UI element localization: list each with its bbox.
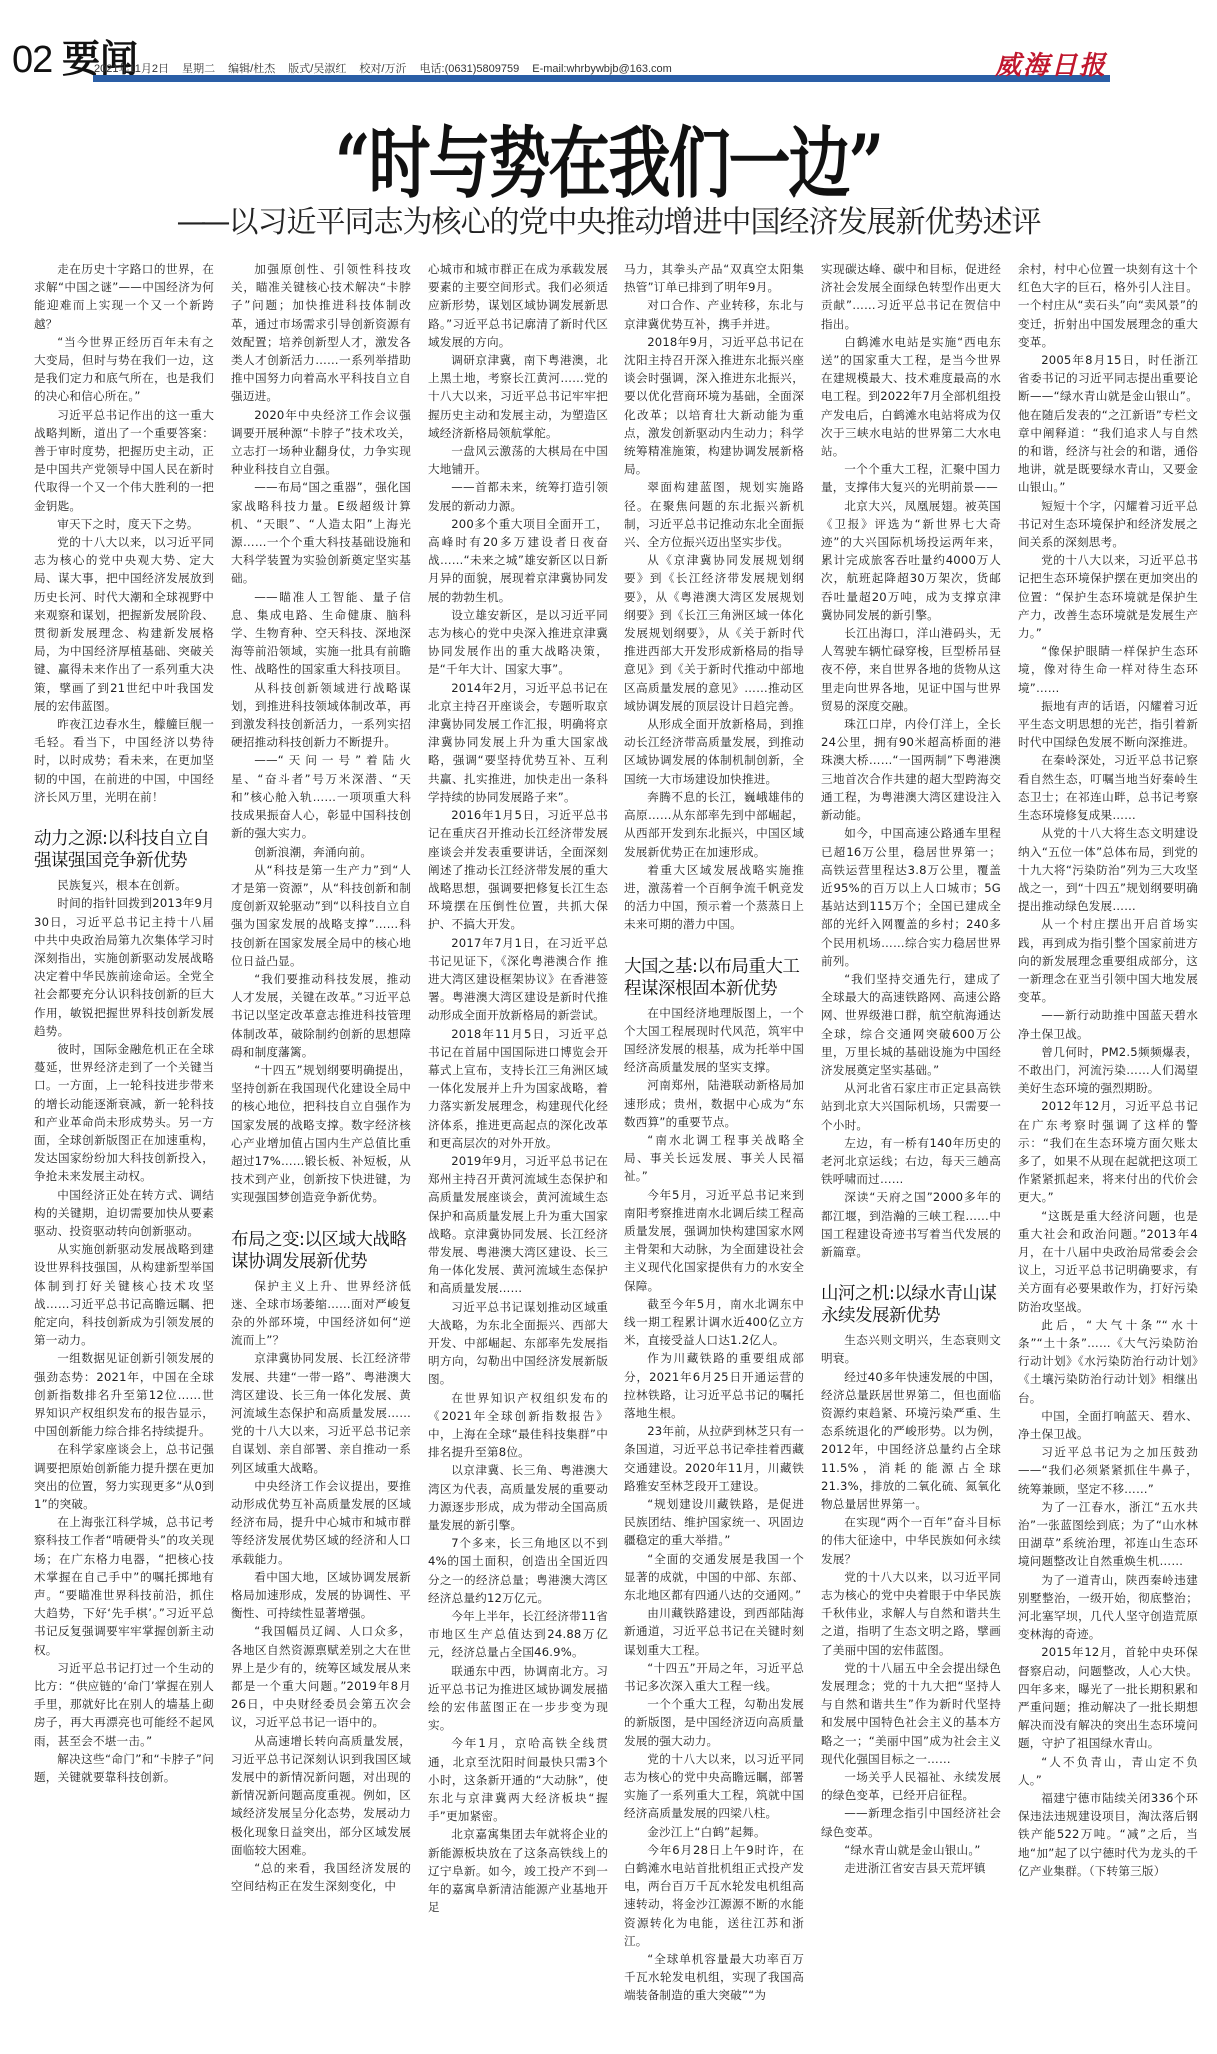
paragraph: 长江出海口，洋山港码头，无人驾驶车辆忙碌穿梭，巨型桥吊昼夜不停，来自世界各地的货… [821, 624, 1001, 715]
paragraph: “南水北调工程事关战略全局、事关长远发展、事关人民福祉。” [624, 1131, 804, 1186]
paragraph: 习近平总书记作出的这一重大战略判断，道出了一个重要答案：善于审时度势，把握历史主… [34, 406, 214, 515]
issue-weekday: 星期二 [182, 63, 215, 75]
paragraph: 设立雄安新区，是以习近平同志为核心的党中央深入推进京津冀协同发展作出的重大战略决… [428, 606, 608, 679]
section-heading-1: 动力之源:以科技自立自强谋强国竞争新优势 [34, 828, 214, 872]
paragraph: 振地有声的话语，闪耀着习近平生态文明思想的光芒，指引着新时代中国绿色发展不断向深… [1018, 697, 1198, 752]
paragraph: ——“天问一号”着陆火星、“奋斗者”号万米深潜、“天和”核心舱入轨……一项项重大… [231, 751, 411, 842]
paragraph: ——瞄准人工智能、量子信息、集成电路、生命健康、脑科学、生物育种、空天科技、深地… [231, 588, 411, 679]
paragraph: 党的十八大以来，以习近平同志为核心的党中央着眼于中华民族千秋伟业，求解人与自然和… [821, 1568, 1001, 1659]
paragraph: 在科学家座谈会上，总书记强调要把原始创新能力提升摆在更加突出的位置，努力实现更多… [34, 1440, 214, 1513]
paragraph: 翠面构建蓝图，规划实施路径。在聚焦问题的东北振兴新机制，习近平总书记推动东北全面… [624, 478, 804, 551]
paragraph: 今年上半年，长江经济带11省市地区生产总值达到24.88万亿元，经济总量占全国4… [428, 1607, 608, 1662]
paragraph: 深读“天府之国”2000多年的都江堰，到浩瀚的三峡工程……中国工程建设奇迹书写着… [821, 1188, 1001, 1261]
paragraph: “全球单机容量最大功率百万千瓦水轮发电机组，实现了我国高端装备制造的重大突破”“… [624, 1950, 804, 2005]
paragraph: ——新行动助推中国蓝天碧水净土保卫战。 [1018, 1006, 1198, 1042]
contact-email[interactable]: E-mail:whrbywbjb@163.com [532, 63, 672, 75]
paragraph: 河南郑州，陆港联动新格局加速形成；贵州，数据中心成为“东数西算”的重要节点。 [624, 1076, 804, 1131]
paragraph: 走进浙江省安吉县天荒坪镇 [821, 1859, 1001, 1877]
continued-paragraph: 福建宁德市陆续关闭336个环保违法违规建设项目，淘汰落后钢铁产能522万吨。“减… [1018, 1789, 1198, 1880]
paragraph: 看中国大地，区域协调发展新格局加速形成，发展的协调性、平衡性、可持续性显著增强。 [231, 1568, 411, 1623]
paragraph: “全面的交通发展是我国一个显著的成就，中国的中部、东部、东北地区都有四通八达的交… [624, 1550, 804, 1605]
paragraph: 京津冀协同发展、长江经济带发展、共建“一带一路”、粤港澳大湾区建设、长三角一体化… [231, 1349, 411, 1476]
paragraph: “总的来看，我国经济发展的空间结构正在发生深刻变化，中 [231, 1859, 411, 1895]
paragraph: ——首都未来，统筹打造引领发展的新动力源。 [428, 478, 608, 514]
paragraph: 如今，中国高速公路通车里程已超16万公里，稳居世界第一；高铁运营里程达3.8万公… [821, 824, 1001, 970]
paragraph: 中央经济工作会议提出，要推动形成优势互补高质量发展的区域经济布局，提升中心城市和… [231, 1477, 411, 1568]
paragraph: 作为川藏铁路的重要组成部分，2021年6月25日开通运营的拉林铁路，让习近平总书… [624, 1349, 804, 1422]
paragraph: 中国经济正处在转方式、调结构的关键期，迫切需要加快从要素驱动、投资驱动转向创新驱… [34, 1186, 214, 1241]
subhead-dash: —— [177, 205, 225, 240]
paragraph: 从高速增长转向高质量发展，习近平总书记深刻认识到我国区域发展中的新情况新问题，对… [231, 1732, 411, 1859]
paragraph: 党的十八大以来，以习近平同志为核心的党中央高瞻远瞩，部署实施了一系列重大工程，筑… [624, 1750, 804, 1823]
paragraph: 习近平总书记打过一个生动的比方：“供应链的‘命门’掌握在别人手里，那就好比在别人… [34, 1659, 214, 1750]
paragraph: “规划建设川藏铁路，是促进民族团结、维护国家统一、巩固边疆稳定的重大举措。” [624, 1495, 804, 1550]
paragraph: 此后，“大气十条”“水十条”“土十条”……《大气污染防治行动计划》《水污染防治行… [1018, 1316, 1198, 1407]
paragraph: 在秦岭深处，习近平总书记察看自然生态，叮嘱当地当好秦岭生态卫士；在祁连山畔，总书… [1018, 751, 1198, 824]
paragraph: 为了一道青山，陕西秦岭违建别墅整治，一级开始，彻底整治；河北塞罕坝，几代人坚守创… [1018, 1571, 1198, 1644]
paragraph: 走在历史十字路口的世界，在求解“中国之谜”——中国经济为何能迎难而上实现一个又一… [34, 260, 214, 333]
paragraph: 从《京津冀协同发展规划纲要》到《长江经济带发展规划纲要》，从《粤港澳大湾区发展规… [624, 551, 804, 715]
paragraph: “绿水青山就是金山银山。” [821, 1841, 1001, 1859]
paragraph: 200多个重大项目全面开工，高峰时有20多万建设者日夜奋战……“未来之城”雄安新… [428, 515, 608, 606]
proofreader-credit: 校对/万沂 [359, 63, 406, 75]
paragraph: 心城市和城市群正在成为承载发展要素的主要空间形式。我们必须适应新形势，谋划区域协… [428, 260, 608, 351]
paragraph: 中国，全面打响蓝天、碧水、净土保卫战。 [1018, 1407, 1198, 1443]
paragraph: 昨夜江边春水生，艨艟巨舰一毛轻。看当下，中国经济以势待时，以时成势；看未来，在更… [34, 715, 214, 806]
paragraph: 左边，有一桥有140年历史的老河北京运线；右边，每天三趟高铁呼啸而过…… [821, 1134, 1001, 1189]
paragraph: 短短十个字，闪耀着习近平总书记对生态环境保护和经济发展之间关系的深刻思考。 [1018, 497, 1198, 552]
paragraph: 调研京津冀，南下粤港澳，北上黑土地，考察长江黄河……党的十八大以来，习近平总书记… [428, 351, 608, 442]
paragraph: 马力，其拳头产品“双真空太阳集热管”订单已排到了明年9月。 [624, 260, 804, 296]
column-1: 走在历史十字路口的世界，在求解“中国之谜”——中国经济为何能迎难而上实现一个又一… [34, 260, 214, 2050]
paragraph: 2020年中央经济工作会议强调要开展种源“卡脖子”技术攻关，立志打一场种业翻身仗… [231, 406, 411, 479]
paragraph: 从科技创新领域进行战略谋划，到推进科技领域体制改革，再到激发科技创新活力，一系列… [231, 679, 411, 752]
paragraph: “十四五”开局之年，习近平总书记多次深入重大工程一线。 [624, 1659, 804, 1695]
section-heading-3: 大国之基:以布局重大工程谋深根固本新优势 [624, 956, 804, 1000]
page-number: 02 [12, 40, 52, 80]
section-heading-2: 布局之变:以区域大战略谋协调发展新优势 [231, 1229, 411, 1273]
masthead: 02 要闻 2021年11月2日 星期二 编辑/杜杰 版式/吴淑红 校对/万沂 … [0, 0, 1217, 80]
paragraph: 余村，村中心位置一块刻有这十个红色大字的巨石，格外引人注目。一个村庄从“卖石头”… [1018, 260, 1198, 351]
paragraph: 党的十八大以来，以习近平同志为核心的党中央观大势、定大局、谋大事，把中国经济发展… [34, 533, 214, 715]
paragraph: 民族复兴，根本在创新。 [34, 876, 214, 894]
paragraph: “这既是重大经济问题，也是重大社会和政治问题。”2013年4月，在十八届中央政治… [1018, 1207, 1198, 1316]
paragraph: 从河北省石家庄市正定县高铁站到北京大兴国际机场，只需要一个小时。 [821, 1079, 1001, 1134]
paragraph: 在世界知识产权组织发布的《2021年全球创新指数报告》中，上海在全球“最佳科技集… [428, 1389, 608, 1462]
subhead-text: 以习近平同志为核心的党中央推动增进中国经济发展新优势述评 [229, 205, 1041, 240]
paragraph: 从一个村庄摆出开启首场实践，再到成为指引整个国家前进方向的新发展理念重要组成部分… [1018, 915, 1198, 1006]
column-5: 实现碳达峰、碳中和目标，促进经济社会发展全面绿色转型作出更大贡献”……习近平总书… [821, 260, 1001, 2050]
paragraph: 2015年12月，首轮中央环保督察启动，问题整改，人心大快。四年多来，曝光了一批… [1018, 1643, 1198, 1752]
paragraph: 经过40多年快速发展的中国，经济总量跃居世界第二，但也面临资源约束趋紧、环境污染… [821, 1368, 1001, 1514]
paragraph: 金沙江上“白鹤”起舞。 [624, 1823, 804, 1841]
paragraph: 2012年12月，习近平总书记在广东考察时强调了这样的警示：“我们在生态环境方面… [1018, 1097, 1198, 1206]
paragraph: 北京嘉寓集团去年就将企业的新能源板块放在了这条高铁线上的辽宁阜新。如今，竣工投产… [428, 1825, 608, 1916]
paragraph: 彼时，国际金融危机正在全球蔓延，世界经济走到了一个关键当口。一方面，上一轮科技进… [34, 1040, 214, 1186]
paragraph: 截至今年5月，南水北调东中线一期工程累计调水近400亿立方米，直接受益人口达1.… [624, 1295, 804, 1350]
paragraph: 审天下之时，度天下之势。 [34, 515, 214, 533]
column-3: 心城市和城市群正在成为承载发展要素的主要空间形式。我们必须适应新形势，谋划区域协… [428, 260, 608, 2050]
column-6: 余村，村中心位置一块刻有这十个红色大字的巨石，格外引人注目。一个村庄从“卖石头”… [1018, 260, 1198, 2050]
paragraph: 党的十八大以来，习近平总书记把生态环境保护摆在更加突出的位置：“保护生态环境就是… [1018, 551, 1198, 642]
paragraph: “我们要推动科技发展，推动人才发展，关键在改革。”习近平总书记以坚定改革意志推进… [231, 970, 411, 1061]
article-headline: “时与势在我们一边” [0, 120, 1217, 208]
paragraph: 2005年8月15日，时任浙江省委书记的习近平同志提出重要论断——“绿水青山就是… [1018, 351, 1198, 497]
paragraph: 解决这些“命门”和“卡脖子”问题，关键就要靠科技创新。 [34, 1750, 214, 1786]
article-body: 走在历史十字路口的世界，在求解“中国之谜”——中国经济为何能迎难而上实现一个又一… [34, 260, 1209, 2050]
paragraph: 北京大兴，凤凰展翅。被英国《卫报》评选为“新世界七大奇迹”的大兴国际机场投运两年… [821, 497, 1001, 624]
paragraph: 今年6月28日上午9时许，在白鹤滩水电站首批机组正式投产发电，两台百万千瓦水轮发… [624, 1841, 804, 1950]
paragraph: 一个个重大工程，汇聚中国力量，支撑伟大复兴的光明前景—— [821, 460, 1001, 496]
paragraph: 白鹤滩水电站是实施“西电东送”的国家重大工程，是当今世界在建规模最大、技术难度最… [821, 333, 1001, 460]
paragraph: “我们坚持交通先行，建成了全球最大的高速铁路网、高速公路网、世界级港口群，航空航… [821, 970, 1001, 1079]
paragraph: 2018年11月5日，习近平总书记在首届中国国际进口博览会开幕式上宣布，支持长江… [428, 1025, 608, 1152]
paragraph: 在实现“两个一百年”奋斗目标的伟大征途中，中华民族如何永续发展？ [821, 1513, 1001, 1568]
paragraph: 保护主义上升、世界经济低迷、全球市场萎缩……面对严峻复杂的外部环境，中国经济如何… [231, 1277, 411, 1350]
paragraph: 为了一江春水，浙江“五水共治”一张蓝图绘到底；为了“山水林田湖草”系统治理，祁连… [1018, 1498, 1198, 1571]
paragraph: 创新浪潮，奔涌向前。 [231, 843, 411, 861]
paragraph: 2018年9月，习近平总书记在沈阳主持召开深入推进东北振兴座谈会时强调，深入推进… [624, 333, 804, 479]
paragraph: 党的十八届五中全会提出绿色发展理念；党的十九大把“坚持人与自然和谐共生”作为新时… [821, 1659, 1001, 1768]
masthead-rule [93, 75, 1110, 82]
paragraph: 从“科技是第一生产力”到“人才是第一资源”，从“科技创新和制度创新双轮驱动”到“… [231, 861, 411, 970]
paragraph: 从形成全面开放新格局，到推动长江经济带高质量发展，到推动区域协调发展的体制机制创… [624, 715, 804, 788]
paragraph: 今年1月，京哈高铁全线贯通，北京至沈阳时间最快只需3个小时，这条新开通的“大动脉… [428, 1734, 608, 1825]
paragraph: 珠江口岸，内伶仃洋上，全长24公里，拥有90米超高桥面的港珠澳大桥……“一国两制… [821, 715, 1001, 824]
paragraph: 联通东中西，协调南北方。习近平总书记为推进区域协调发展描绘的宏伟蓝图正在一步步变… [428, 1662, 608, 1735]
paragraph: 23年前，从拉萨到林芝只有一条国道，习近平总书记牵挂着西藏交通建设。2020年1… [624, 1422, 804, 1495]
paragraph: 一组数据见证创新引领发展的强劲态势：2021年，中国在全球创新指数排名升至第12… [34, 1349, 214, 1440]
paragraph: 一盘风云激荡的大棋局在中国大地铺开。 [428, 442, 608, 478]
issue-date: 2021年11月2日 [94, 63, 169, 75]
column-4: 马力，其拳头产品“双真空太阳集热管”订单已排到了明年9月。 对口合作、产业转移，… [624, 260, 804, 2050]
contact-phone: 电话:(0631)5809759 [420, 63, 520, 75]
paragraph: ——布局“国之重器”，强化国家战略科技力量。E级超级计算机、“天眼”、“人造太阳… [231, 478, 411, 587]
paragraph: 从实施创新驱动发展战略到建设世界科技强国，从构建新型举国体制到打好关键核心技术攻… [34, 1240, 214, 1349]
paragraph: “像保护眼睛一样保护生态环境，像对待生命一样对待生态环境”…… [1018, 642, 1198, 697]
section-heading-4: 山河之机:以绿水青山谋永续发展新优势 [821, 1283, 1001, 1327]
editor-credit: 编辑/杜杰 [228, 63, 275, 75]
paragraph: “人不负青山，青山定不负人。” [1018, 1753, 1198, 1789]
paragraph: 曾几何时，PM2.5频频爆表，不敢出门，河流污染……人们渴望美好生态环境的强烈期… [1018, 1043, 1198, 1098]
paragraph: 着重大区域发展战略实施推进，激荡着一个百舸争流千帆竞发的活力中国，预示着一个蒸蒸… [624, 861, 804, 934]
paragraph: 奔腾不息的长江，巍峨雄伟的高原……从东部率先到中部崛起，从西部开发到东北振兴，中… [624, 788, 804, 861]
paragraph: 一场关乎人民福祉、永续发展的绿色变革，已经开启征程。 [821, 1768, 1001, 1804]
paragraph: 今年5月，习近平总书记来到南阳考察推进南水北调后续工程高质量发展，强调加快构建国… [624, 1186, 804, 1295]
paragraph: 2014年2月，习近平总书记在北京主持召开座谈会，专题听取京津冀协同发展工作汇报… [428, 679, 608, 806]
paragraph: 生态兴则文明兴，生态衰则文明衰。 [821, 1331, 1001, 1367]
paragraph: 时间的指针回拨到2013年9月30日，习近平总书记主持十八届中共中央政治局第九次… [34, 894, 214, 1040]
paragraph: 加强原创性、引领性科技攻关，瞄准关键核心技术解决“卡脖子”问题；加快推进科技体制… [231, 260, 411, 406]
masthead-meta: 2021年11月2日 星期二 编辑/杜杰 版式/吴淑红 校对/万沂 电话:(06… [94, 60, 682, 76]
paragraph: 2017年7月1日，在习近平总书记见证下，《深化粤港澳合作 推进大湾区建设框架协… [428, 934, 608, 1025]
paragraph: 2019年9月，习近平总书记在郑州主持召开黄河流域生态保护和高质量发展座谈会，黄… [428, 1152, 608, 1298]
paragraph: “我国幅员辽阔、人口众多，各地区自然资源禀赋差别之大在世界上是少有的，统筹区域发… [231, 1622, 411, 1731]
paragraph: 一个个重大工程，勾勒出发展的新版图，是中国经济迈向高质量发展的强大动力。 [624, 1695, 804, 1750]
paragraph: 在中国经济地理版图上，一个个大国工程展现时代风范，筑牢中国经济发展的根基，成为托… [624, 1004, 804, 1077]
layout-credit: 版式/吴淑红 [288, 63, 346, 75]
paragraph: ——新理念指引中国经济社会绿色变革。 [821, 1804, 1001, 1840]
paragraph: 从党的十八大将生态文明建设纳入“五位一体”总体布局，到党的十九大将“污染防治”列… [1018, 824, 1198, 915]
paragraph: 对口合作、产业转移，东北与京津冀优势互补，携手并进。 [624, 296, 804, 332]
paragraph: 由川藏铁路建设，到西部陆海新通道，习近平总书记在关键时刻谋划重大工程。 [624, 1604, 804, 1659]
paragraph: 2016年1月5日，习近平总书记在重庆召开推动长江经济带发展座谈会并发表重要讲话… [428, 806, 608, 933]
newspaper-logo: 威海日报 [995, 45, 1107, 82]
paragraph: 在上海张江科学城，总书记考察科技工作者“啃硬骨头”的攻关现场；在广东格力电器，“… [34, 1513, 214, 1659]
paragraph: 习近平总书记谋划推动区域重大战略，为东北全面振兴、西部大开发、中部崛起、东部率先… [428, 1298, 608, 1389]
paragraph: 7个多来，长三角地区以不到4%的国土面积，创造出全国近四分之一的经济总量；粤港澳… [428, 1534, 608, 1607]
column-2: 加强原创性、引领性科技攻关，瞄准关键核心技术解决“卡脖子”问题；加快推进科技体制… [231, 260, 411, 2050]
paragraph: “十四五”规划纲要明确提出，坚持创新在我国现代化建设全局中的核心地位，把科技自立… [231, 1061, 411, 1207]
paragraph: 习近平总书记为之加压鼓劲——“我们必须紧紧抓住牛鼻子，统筹兼顾，坚定不移……” [1018, 1443, 1198, 1498]
paragraph: 实现碳达峰、碳中和目标，促进经济社会发展全面绿色转型作出更大贡献”……习近平总书… [821, 260, 1001, 333]
paragraph: “当今世界正经历百年未有之大变局，但时与势在我们一边，这是我们定力和底气所在，也… [34, 333, 214, 406]
article-subhead: ——以习近平同志为核心的党中央推动增进中国经济发展新优势述评 [0, 205, 1217, 241]
paragraph: 以京津冀、长三角、粤港澳大湾区为代表，高质量发展的重要动力源逐步形成，成为带动全… [428, 1461, 608, 1534]
